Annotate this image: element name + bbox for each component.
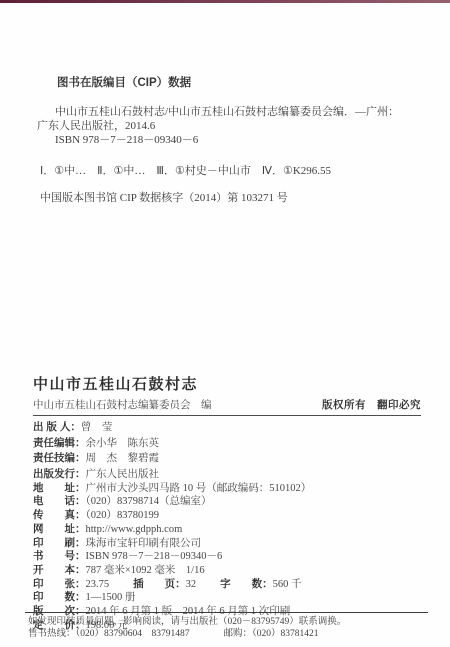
editor-row: 责任编辑：余小华 陈东英 (33, 436, 159, 451)
info-label: 印 张： (33, 578, 86, 590)
info-label: 传 真： (33, 509, 86, 521)
publisher-row: 出 版 人：曾 莹 (33, 421, 421, 434)
cip-section: 图书在版编目（CIP）数据 中山市五桂山石鼓村志/中山市五桂山石鼓村志编纂委员会… (37, 76, 424, 205)
title-block: 中山市五桂山石鼓村志 中山市五桂山石鼓村志编纂委员会 编 版权所有 翻印必究 出… (33, 373, 421, 434)
info-value: 珠海市宝轩印刷有限公司 (86, 538, 202, 549)
info-row-publisher: 出版发行：广东人民出版社 (33, 468, 311, 482)
sales-hotline: 售书热线：（020）83790604 83791487 (28, 629, 190, 639)
info-row-format: 开 本：787 毫米×1092 毫米 1/16 (33, 564, 311, 578)
info-value: 23.75 (86, 579, 110, 590)
mail-order: 邮购：（020）83781421 (224, 629, 319, 639)
tech-editor-label: 责任技编： (33, 452, 86, 464)
info-label: 印 数： (33, 591, 86, 603)
info-row-isbn: 书 号：ISBN 978－7－218－09340－6 (33, 550, 311, 564)
publisher-label: 出 版 人： (33, 421, 81, 433)
top-accent-bar (0, 0, 450, 3)
info-value: （020）83798714（总编室） (86, 496, 212, 507)
info-label: 网 址： (33, 523, 86, 535)
quality-notice: 如发现印装质量问题，影响阅读，请与出版社（020－83795749）联系调换。 (28, 616, 346, 628)
editors-block: 责任编辑：余小华 陈东英 责任技编：周 杰 黎碧霞 (33, 436, 159, 466)
info-label: 插 页： (133, 578, 186, 590)
info-row-printer: 印 刷：珠海市宝轩印刷有限公司 (33, 537, 311, 551)
info-label: 书 号： (33, 550, 86, 562)
cip-classification: Ⅰ．①中… Ⅱ．①中… Ⅲ．①村史－中山市 Ⅳ．①K296.55 (40, 164, 424, 178)
info-label: 地 址： (33, 482, 86, 494)
info-value: 560 千 (273, 579, 302, 590)
publication-info: 出版发行：广东人民出版社 地 址：广州市大沙头四马路 10 号（邮政编码：510… (33, 468, 311, 632)
info-value: 广东人民出版社 (86, 469, 160, 480)
copyright-page: 图书在版编目（CIP）数据 中山市五桂山石鼓村志/中山市五桂山石鼓村志编纂委员会… (0, 0, 450, 647)
footer-contacts: 售书热线：（020）83790604 83791487邮购：（020）83781… (28, 628, 319, 640)
info-row-fax: 传 真：（020）83780199 (33, 509, 311, 523)
compiler: 中山市五桂山石鼓村志编纂委员会 编 (33, 400, 212, 412)
tech-editor-row: 责任技编：周 杰 黎碧霞 (33, 451, 159, 466)
info-value: （020）83780199 (86, 510, 160, 521)
editor-label: 责任编辑： (33, 437, 86, 449)
footer-divider (25, 612, 428, 613)
info-row-sheets: 印 张：23.75插 页：32字 数：560 千 (33, 578, 311, 592)
book-title: 中山市五桂山石鼓村志 (33, 373, 421, 394)
cip-registry-number: 中国版本图书馆 CIP 数据核字（2014）第 103271 号 (40, 191, 424, 205)
info-value: 广州市大沙头四马路 10 号（邮政编码：510102） (86, 483, 312, 494)
tech-editor-names: 周 杰 黎碧霞 (86, 453, 160, 464)
info-row-address: 地 址：广州市大沙头四马路 10 号（邮政编码：510102） (33, 482, 311, 496)
publisher-name: 曾 莹 (81, 422, 113, 433)
info-label: 字 数： (220, 578, 273, 590)
info-value: 787 毫米×1092 毫米 1/16 (86, 565, 205, 576)
cip-heading: 图书在版编目（CIP）数据 (57, 76, 424, 90)
compiler-row: 中山市五桂山石鼓村志编纂委员会 编 版权所有 翻印必究 (33, 399, 421, 412)
cip-record-line-1: 中山市五桂山石鼓村志/中山市五桂山石鼓村志编纂委员会编．—广州： (55, 105, 424, 119)
cip-isbn: ISBN 978－7－218－09340－6 (55, 133, 424, 147)
info-value: 32 (186, 579, 197, 590)
info-row-print-run: 印 数：1—1500 册 (33, 591, 311, 605)
info-value: 1—1500 册 (86, 592, 136, 603)
editor-names: 余小华 陈东英 (86, 438, 160, 449)
copyright-notice: 版权所有 翻印必究 (322, 399, 421, 411)
info-label: 印 刷： (33, 537, 86, 549)
info-label: 开 本： (33, 564, 86, 576)
info-value: ISBN 978－7－218－09340－6 (86, 551, 223, 562)
info-row-phone: 电 话：（020）83798714（总编室） (33, 495, 311, 509)
info-value: http://www.gdpph.com (86, 524, 183, 535)
info-label: 电 话： (33, 495, 86, 507)
info-row-website: 网 址：http://www.gdpph.com (33, 523, 311, 537)
cip-record-line-2: 广东人民出版社，2014.6 (37, 119, 424, 133)
info-label: 出版发行： (33, 468, 86, 480)
title-divider (33, 415, 421, 416)
